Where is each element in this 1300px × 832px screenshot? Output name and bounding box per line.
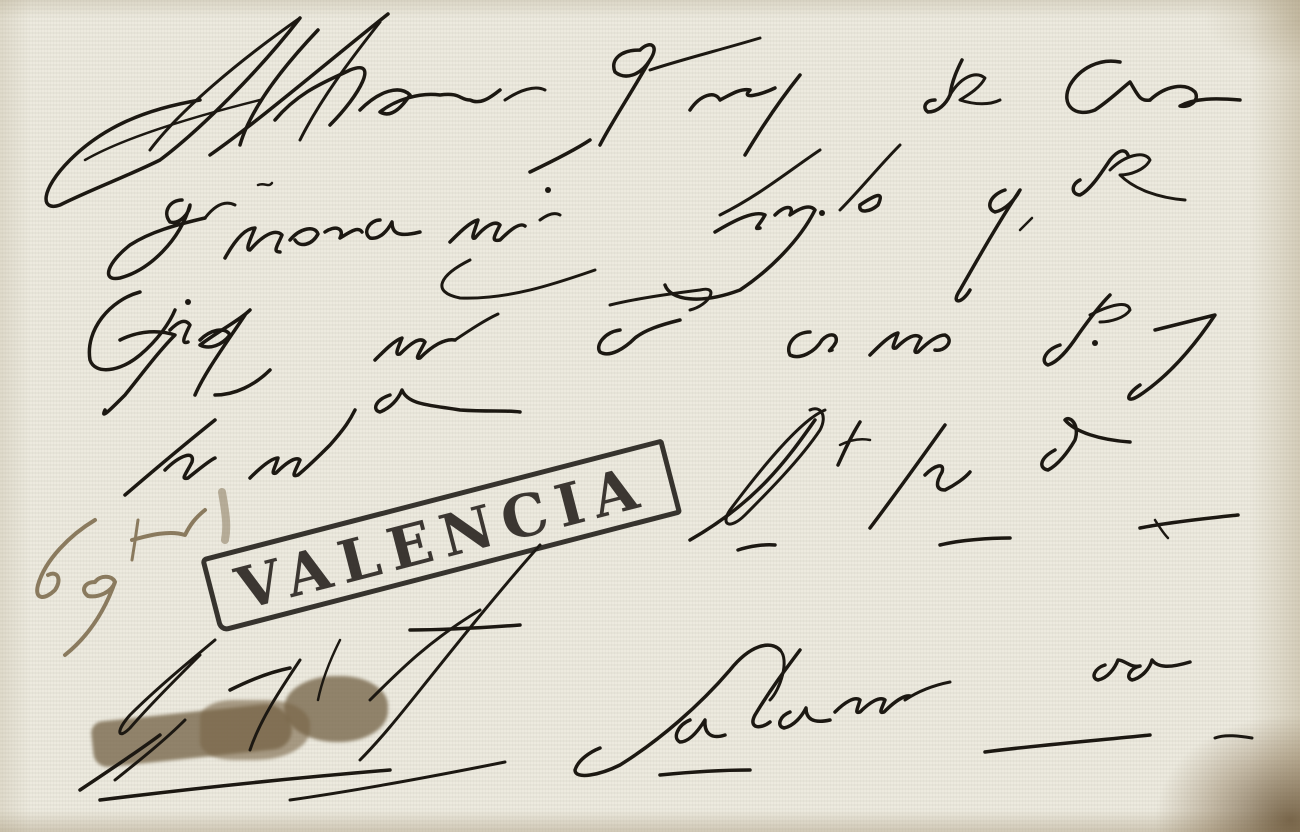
- handwriting-line-2: [109, 140, 1185, 301]
- handwriting-line-1: [46, 14, 1240, 206]
- handwriting-line-4: [125, 390, 520, 495]
- handwriting-salamanca: [575, 645, 1252, 775]
- handwriting-layer: [0, 0, 1300, 832]
- letter-cover: Al Sñor Marqz de Caa denosa mi hyo q. de…: [0, 0, 1300, 832]
- handwriting-line-3: [89, 289, 1215, 414]
- handwriting-ffr-md: [690, 409, 1238, 550]
- rate-mark-69: [37, 492, 226, 655]
